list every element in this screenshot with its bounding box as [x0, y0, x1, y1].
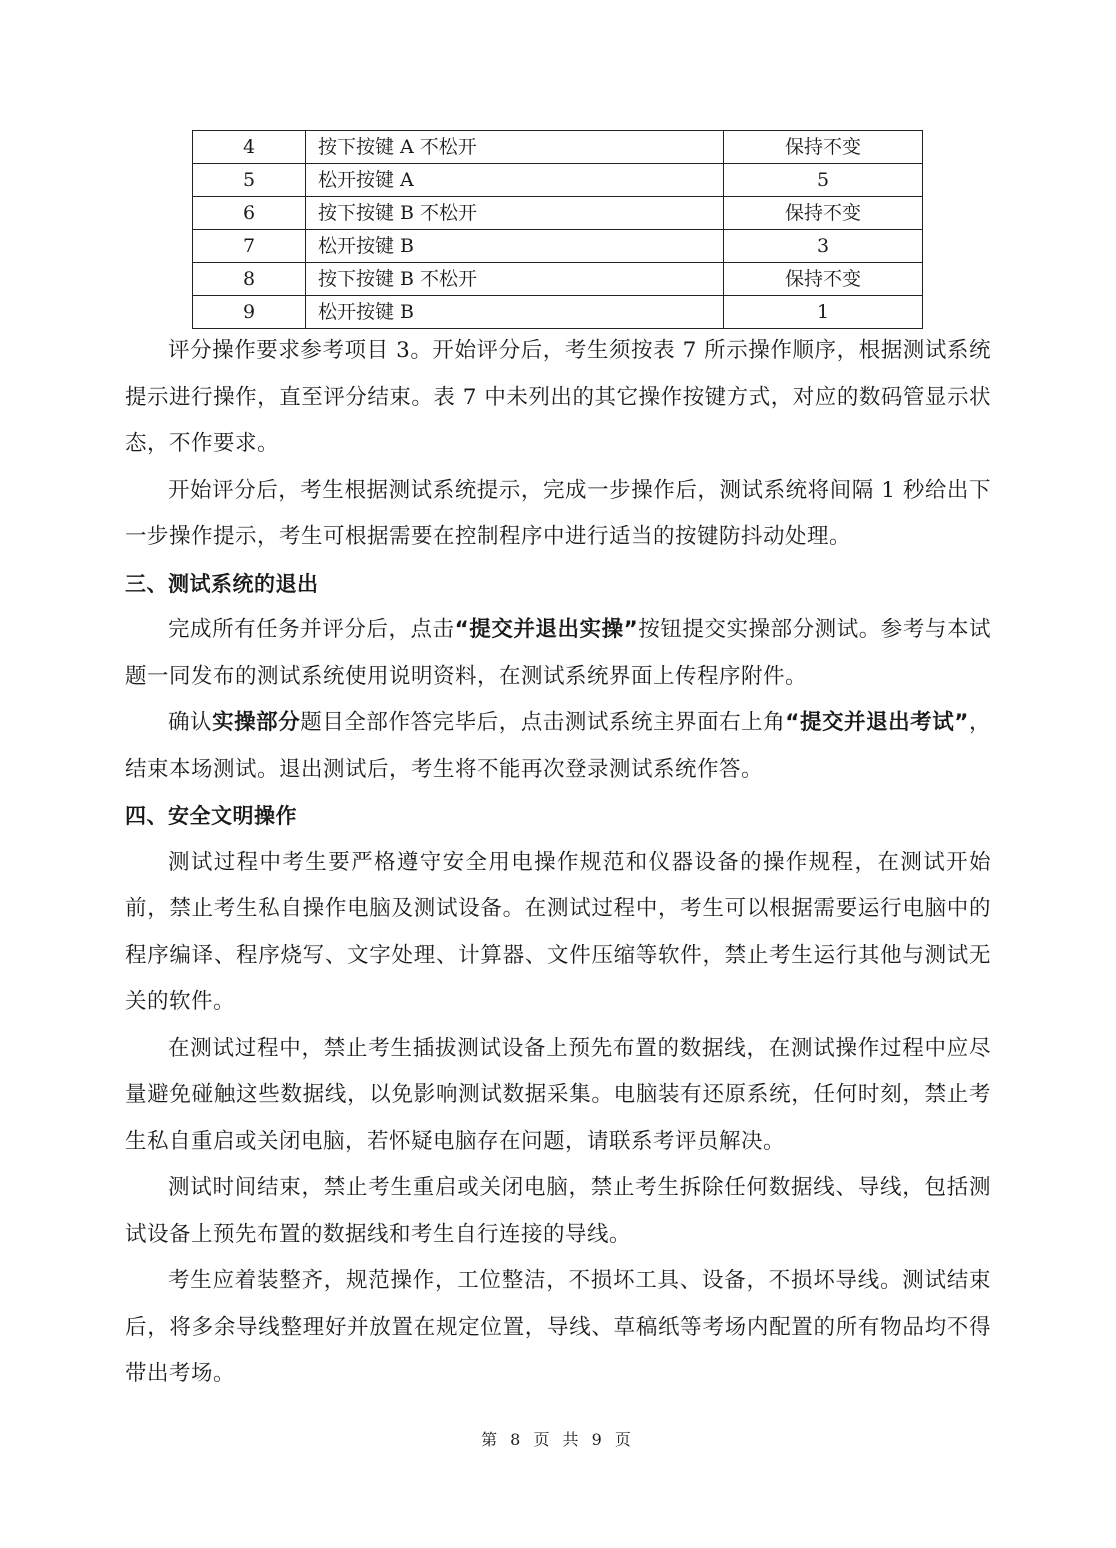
operation-cell: 按下按键 B 不松开 — [306, 263, 724, 296]
operation-cell: 松开按键 B — [306, 230, 724, 263]
step-cell: 9 — [193, 296, 306, 329]
section-heading-exit: 三、测试系统的退出 — [125, 561, 991, 608]
section-heading-safety: 四、安全文明操作 — [125, 793, 991, 840]
step-cell: 4 — [193, 131, 306, 164]
table-row: 4 按下按键 A 不松开 保持不变 — [193, 131, 923, 164]
safety-paragraph-2: 在测试过程中，禁止考生插拔测试设备上预先布置的数据线，在测试操作过程中应尽量避免… — [125, 1026, 991, 1166]
display-cell: 3 — [724, 230, 923, 263]
bold-span: “提交并退出考试” — [785, 710, 969, 735]
text-span: 完成所有任务并评分后，点击 — [168, 617, 455, 642]
step-cell: 8 — [193, 263, 306, 296]
operation-table: 4 按下按键 A 不松开 保持不变 5 松开按键 A 5 6 按下按键 B 不松… — [192, 130, 923, 329]
table-row: 9 松开按键 B 1 — [193, 296, 923, 329]
operation-cell: 按下按键 B 不松开 — [306, 197, 724, 230]
safety-paragraph-1: 测试过程中考生要严格遵守安全用电操作规范和仪器设备的操作规程，在测试开始前，禁止… — [125, 840, 991, 1026]
submit-paragraph: 完成所有任务并评分后，点击“提交并退出实操”按钮提交实操部分测试。参考与本试题一… — [125, 607, 991, 700]
page-number: 第 8 页 共 9 页 — [0, 1427, 1116, 1450]
bold-span: “提交并退出实操” — [455, 617, 639, 642]
safety-paragraph-3: 测试时间结束，禁止考生重启或关闭电脑，禁止考生拆除任何数据线、导线，包括测试设备… — [125, 1165, 991, 1258]
document-page: 4 按下按键 A 不松开 保持不变 5 松开按键 A 5 6 按下按键 B 不松… — [0, 0, 1116, 1548]
step-cell: 7 — [193, 230, 306, 263]
text-span: 确认 — [168, 710, 212, 735]
confirm-paragraph: 确认实操部分题目全部作答完毕后，点击测试系统主界面右上角“提交并退出考试”，结束… — [125, 700, 991, 793]
table-row: 7 松开按键 B 3 — [193, 230, 923, 263]
debounce-paragraph: 开始评分后，考生根据测试系统提示，完成一步操作后，测试系统将间隔 1 秒给出下一… — [125, 468, 991, 561]
table-row: 5 松开按键 A 5 — [193, 164, 923, 197]
operation-cell: 松开按键 B — [306, 296, 724, 329]
display-cell: 保持不变 — [724, 263, 923, 296]
display-cell: 保持不变 — [724, 131, 923, 164]
table-row: 6 按下按键 B 不松开 保持不变 — [193, 197, 923, 230]
step-cell: 5 — [193, 164, 306, 197]
bold-span: 实操部分 — [212, 710, 300, 735]
body-text: 评分操作要求参考项目 3。开始评分后，考生须按表 7 所示操作顺序，根据测试系统… — [125, 328, 991, 1398]
operation-cell: 松开按键 A — [306, 164, 724, 197]
operation-cell: 按下按键 A 不松开 — [306, 131, 724, 164]
display-cell: 保持不变 — [724, 197, 923, 230]
display-cell: 5 — [724, 164, 923, 197]
display-cell: 1 — [724, 296, 923, 329]
step-cell: 6 — [193, 197, 306, 230]
table-row: 8 按下按键 B 不松开 保持不变 — [193, 263, 923, 296]
scoring-paragraph: 评分操作要求参考项目 3。开始评分后，考生须按表 7 所示操作顺序，根据测试系统… — [125, 328, 991, 468]
safety-paragraph-4: 考生应着装整齐，规范操作，工位整洁，不损坏工具、设备，不损坏导线。测试结束后，将… — [125, 1258, 991, 1398]
text-span: 题目全部作答完毕后，点击测试系统主界面右上角 — [300, 710, 785, 735]
